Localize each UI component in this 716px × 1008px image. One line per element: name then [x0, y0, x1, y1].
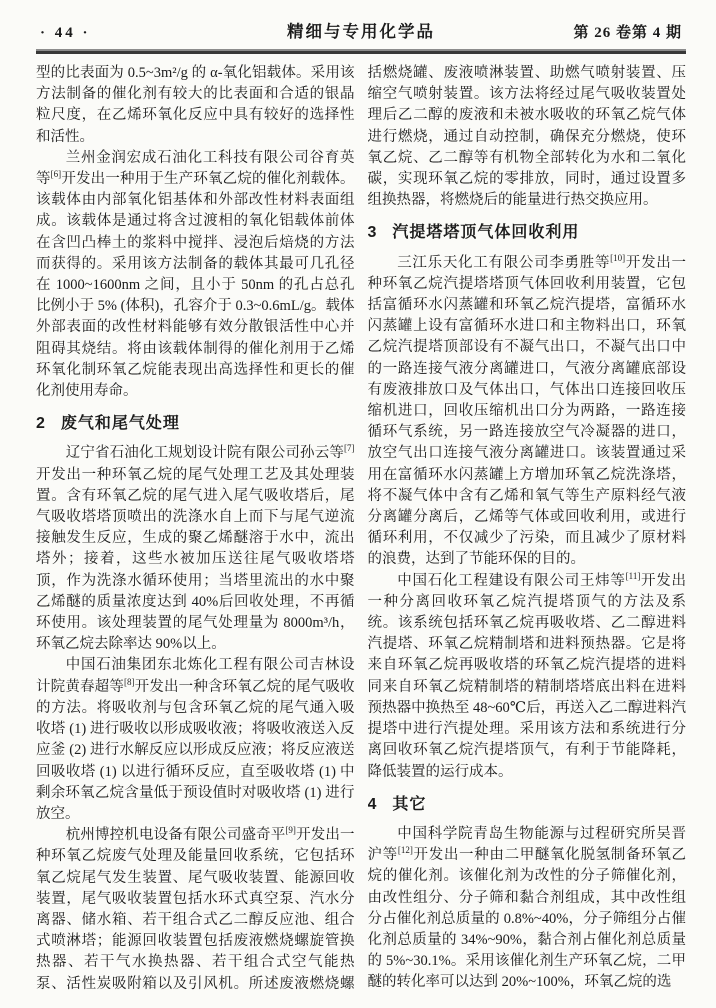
section-number: 2 — [36, 415, 46, 432]
section-heading: 2废气和尾气处理 — [36, 413, 355, 434]
text-columns: 型的比表面为 0.5~3m²/g 的 α-氧化铝载体。采用该方法制备的催化剂有较… — [36, 63, 686, 995]
issue-info: 第 26 卷第 4 期 — [573, 21, 682, 42]
citation-ref: [10] — [610, 253, 625, 263]
page-number: · 44 · — [40, 25, 91, 42]
citation-ref: [6] — [51, 169, 62, 179]
section-heading: 4其它 — [368, 794, 687, 815]
paragraph: 兰州金润宏成石油化工科技有限公司谷育英等[6]开发出一种用于生产环氧乙烷的催化剂… — [36, 148, 355, 402]
running-head: · 44 · 精细与专用化学品 第 26 卷第 4 期 — [36, 16, 686, 49]
paragraph: 型的比表面为 0.5~3m²/g 的 α-氧化铝载体。采用该方法制备的催化剂有较… — [36, 63, 355, 148]
section-title: 其它 — [392, 796, 426, 813]
citation-ref: [7] — [344, 444, 355, 454]
journal-page: · 44 · 精细与专用化学品 第 26 卷第 4 期 型的比表面为 0.5~3… — [0, 0, 716, 1008]
paragraph: 辽宁省石油化工规划设计院有限公司孙云等[7]开发出一种环氧乙烷的尾气处理工艺及其… — [36, 443, 355, 655]
section-heading: 3汽提塔塔顶气体回收利用 — [368, 222, 687, 243]
paragraph: 中国石化工程建设有限公司王炜等[11]开发出一种分离回收环氧乙烷汽提塔顶气的方法… — [368, 571, 687, 783]
header-rule — [36, 49, 686, 54]
paragraph: 杭州博控机电设备有限公司盛奇平[9]开发出一种环氧乙烷废气处理及能量回收系统，它… — [36, 825, 355, 995]
left-column: 型的比表面为 0.5~3m²/g 的 α-氧化铝载体。采用该方法制备的催化剂有较… — [36, 63, 355, 995]
section-title: 废气和尾气处理 — [61, 415, 180, 432]
paragraph: 中国石油集团东北炼化工程有限公司吉林设计院黄春超等[8]开发出一种含环氧乙烷的尾… — [36, 655, 355, 825]
citation-ref: [11] — [626, 571, 641, 581]
paragraph: 三江乐天化工有限公司李勇胜等[10]开发出一种环氧乙烷汽提塔塔顶气体回收利用装置… — [368, 253, 687, 571]
citation-ref: [8] — [124, 677, 135, 687]
paragraph: 中国科学院青岛生物能源与过程研究所吴晋沪等[12]开发出一种由二甲醚氧化脱氢制备… — [368, 824, 687, 994]
journal-title: 精细与专用化学品 — [287, 18, 435, 42]
section-title: 汽提塔塔顶气体回收利用 — [392, 224, 579, 241]
citation-ref: [12] — [398, 845, 413, 855]
citation-ref: [9] — [285, 825, 296, 835]
paragraph: 括燃烧罐、废液喷淋装置、助燃气喷射装置、压缩空气喷射装置。该方法将经过尾气吸收装… — [368, 63, 687, 211]
right-column: 括燃烧罐、废液喷淋装置、助燃气喷射装置、压缩空气喷射装置。该方法将经过尾气吸收装… — [368, 63, 687, 995]
section-number: 4 — [368, 796, 378, 813]
section-number: 3 — [368, 224, 378, 241]
